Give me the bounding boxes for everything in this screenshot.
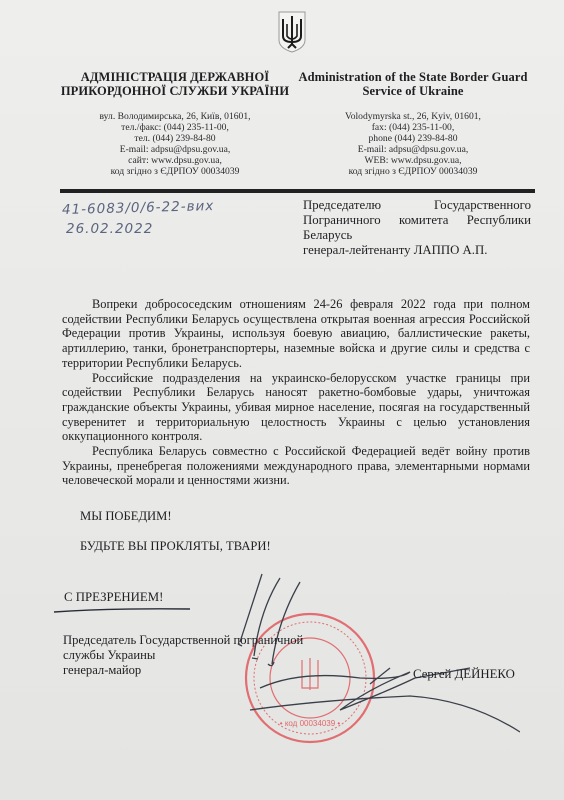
org-name-en: Administration of the State Border Guard… xyxy=(293,70,533,98)
address-en: Volodymyrska st., 26, Kyiv, 01601, fax: … xyxy=(293,111,533,177)
header-divider xyxy=(60,189,535,193)
handwritten-date: 26.02.2022 xyxy=(66,221,153,237)
slogan-curse: БУДЬТЕ ВЫ ПРОКЛЯТЫ, ТВАРИ! xyxy=(80,539,271,554)
closing-contempt: С ПРЕЗРЕНИЕМ! xyxy=(64,590,163,605)
letter-body: Вопреки добрососедским отношениям 24-26 … xyxy=(62,297,530,488)
trident-emblem-icon xyxy=(277,10,307,54)
slogan-we-will-win: МЫ ПОБЕДИМ! xyxy=(80,509,172,524)
body-paragraph: Вопреки добрососедским отношениям 24-26 … xyxy=(62,297,530,371)
handwritten-reference-number: 41-6083/0/6-22-вих xyxy=(62,198,215,218)
letter-page: АДМІНІСТРАЦІЯ ДЕРЖАВНОЇ ПРИКОРДОННОЇ СЛУ… xyxy=(0,0,564,800)
addressee-name: генерал-лейтенанту ЛАППО А.П. xyxy=(303,243,531,258)
signatory-title: Председатель Государственной пограничной… xyxy=(63,633,303,678)
header-ukrainian: АДМІНІСТРАЦІЯ ДЕРЖАВНОЇ ПРИКОРДОННОЇ СЛУ… xyxy=(60,70,290,177)
body-paragraph: Российские подразделения на украинско-бе… xyxy=(62,371,530,445)
header-english: Administration of the State Border Guard… xyxy=(293,70,533,177)
handwritten-underline xyxy=(52,606,192,614)
org-name-ua: АДМІНІСТРАЦІЯ ДЕРЖАВНОЇ ПРИКОРДОННОЇ СЛУ… xyxy=(60,70,290,98)
body-paragraph: Республика Беларусь совместно с Российск… xyxy=(62,444,530,488)
signatory-name: Сергей ДЕЙНЕКО xyxy=(413,667,515,682)
address-ua: вул. Володимирська, 26, Київ, 01601, тел… xyxy=(60,111,290,177)
addressee-title: Председателю Государственного Погранично… xyxy=(303,198,531,243)
addressee-block: Председателю Государственного Погранично… xyxy=(303,198,531,258)
